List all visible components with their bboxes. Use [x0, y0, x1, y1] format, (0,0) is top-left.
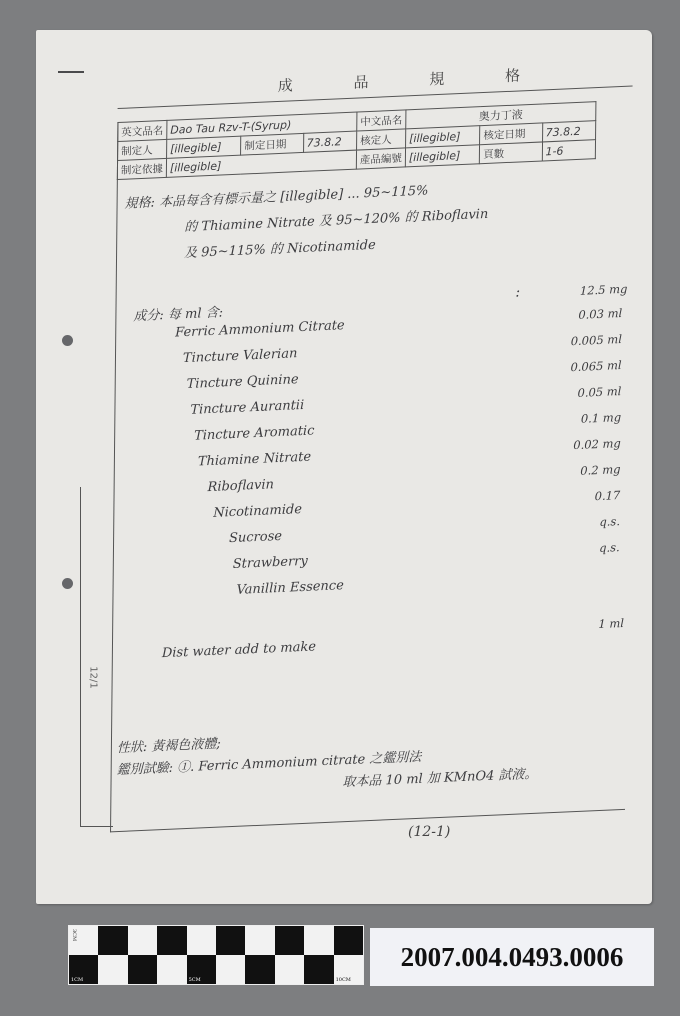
- scale-cell: [275, 926, 304, 955]
- scale-cell: [98, 955, 127, 984]
- binding-margin-line: [80, 487, 113, 827]
- scale-cell: [245, 926, 274, 955]
- scale-cell: 3CM: [69, 926, 98, 955]
- ingredient-name: Nicotinamide: [213, 502, 302, 521]
- scale-cell: [334, 926, 363, 955]
- scale-cell: 5CM: [187, 955, 216, 984]
- page-number: (12-1): [408, 824, 450, 840]
- ingredient-name: Strawberry: [233, 554, 308, 572]
- scale-cell: [275, 955, 304, 984]
- scale-cell: 1CM: [69, 955, 98, 984]
- scale-cell: 10CM: [334, 955, 363, 984]
- specification-block: 規格: 本品每含有標示量之 [illegible] ... 95~115% 的 …: [124, 176, 489, 270]
- ingredient-qty: 0.03 ml: [578, 306, 622, 322]
- ingredient-qty: q.s.: [599, 540, 620, 555]
- scale-side-label: 3CM: [71, 929, 77, 941]
- scale-bar: 3CM 1CM 5CM 10CM: [68, 925, 364, 985]
- distilled-water-qty: 1 ml: [598, 616, 624, 631]
- scale-cell: [216, 926, 245, 955]
- ingredient-qty: 0.065 ml: [570, 358, 621, 374]
- ingredient-qty: q.s.: [599, 514, 620, 529]
- scale-cell: [157, 926, 186, 955]
- margin-note: 12/1: [88, 666, 99, 688]
- scale-cell: [304, 955, 333, 984]
- ingredient-qty: 0.2 mg: [580, 462, 620, 478]
- scale-label-5cm: 5CM: [189, 977, 201, 983]
- ingredient-top-qty: 12.5 mg: [580, 282, 628, 298]
- accession-number-label: 2007.004.0493.0006: [370, 928, 654, 986]
- scale-cell: [157, 955, 186, 984]
- punch-hole-top: [62, 335, 73, 346]
- scale-cell: [128, 955, 157, 984]
- ingredient-name: Sucrose: [229, 529, 282, 546]
- ingredient-qty: 0.005 ml: [571, 332, 622, 348]
- scale-cell: [128, 926, 157, 955]
- margin-dash-mark: [58, 71, 84, 73]
- ingredient-qty: 0.05 ml: [577, 384, 621, 400]
- ingredient-name: Riboflavin: [208, 477, 275, 495]
- spec-form: 成 品 規 格 英文品名 Dao Tau Rzv-T-(Syrup) 中文品名 …: [110, 47, 638, 835]
- scale-cell: [304, 926, 333, 955]
- scale-label-10cm: 10CM: [336, 977, 351, 983]
- punch-hole-bottom: [62, 578, 73, 589]
- ingredient-name: Vanillin Essence: [236, 578, 343, 598]
- scale-cell: [216, 955, 245, 984]
- scale-cell: [98, 926, 127, 955]
- ingredient-list: Ferric Ammonium Citrate 0.03 ml Tincture…: [112, 306, 630, 615]
- ingredients-header: 成分: 每 ml 含:: [133, 301, 223, 324]
- ingredient-qty: 0.17: [595, 488, 621, 503]
- scale-cell: [187, 926, 216, 955]
- ingredient-qty: 0.02 mg: [573, 436, 621, 452]
- ingredient-qty: 0.1 mg: [581, 410, 621, 426]
- colon-mark: :: [515, 284, 520, 300]
- scale-label-1cm: 1CM: [71, 977, 83, 983]
- scale-cell: [245, 955, 274, 984]
